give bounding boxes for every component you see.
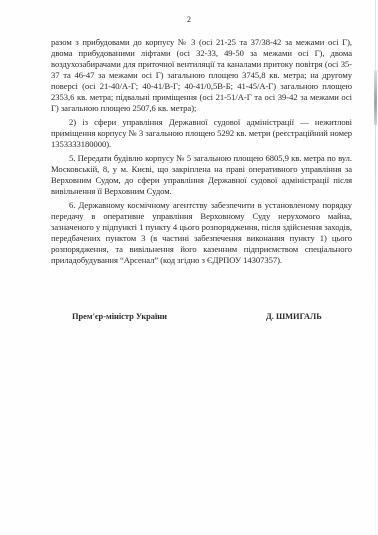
signatory-name: Д. ШМИГАЛЬ xyxy=(266,311,322,323)
signature-block: Прем'єр-міністр України Д. ШМИГАЛЬ xyxy=(0,311,378,323)
paragraph-item-6: 6. Державному космічному агентству забез… xyxy=(51,200,352,266)
document-body: разом з прибудовами до корпусу № 3 (осі … xyxy=(51,37,352,269)
paragraph-item-5: 5. Передати будівлю корпусу № 5 загально… xyxy=(51,153,352,197)
document-page: 2 разом з прибудовами до корпусу № 3 (ос… xyxy=(0,0,378,535)
page-number: 2 xyxy=(0,15,378,25)
paragraph-subitem-2: 2) із сфери управління Державної судової… xyxy=(51,117,352,150)
scan-artifact xyxy=(374,70,377,125)
signatory-position: Прем'єр-міністр України xyxy=(72,311,167,323)
paragraph-continuation-area-list: разом з прибудовами до корпусу № 3 (осі … xyxy=(51,37,352,114)
